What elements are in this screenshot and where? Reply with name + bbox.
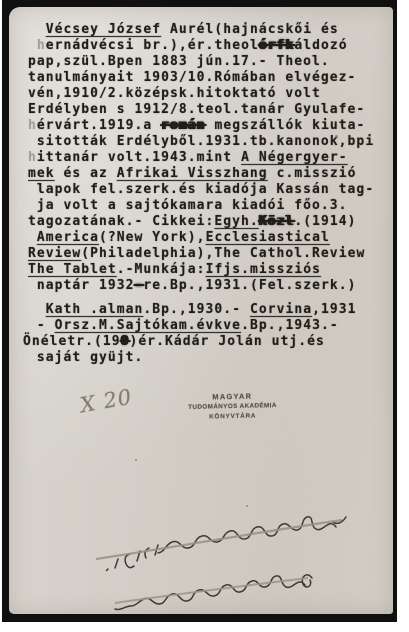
paper-speck [135,459,137,461]
typed-line: Erdélyben s 1912/8.teol.tanár Gyulafe- [28,102,396,118]
paper-speck [246,505,248,507]
typed-line: hittanár volt.1943.mint A Négergyer- [28,150,396,166]
library-stamp: MAGYAR TUDOMÁNYOS AKADÉMIA KÖNYVTÁRA [170,391,296,423]
typed-line: pap,szül.Bpen 1883 jún.17.- Theol. [28,54,396,70]
typed-line: Review(Philadelphia),The Cathol.Review [28,246,396,262]
typed-line: mek és az Afrikai Visszhang c.misszió [28,166,396,182]
typed-line: hernádvécsi br.),ér.theolórfkáldozó [28,38,396,54]
typed-line: lapok fel.szerk.és kiadója Kassán tag- [28,182,396,198]
typed-line: Önéletr.(190)ér.Kádár Jolán utj.és [23,334,396,350]
typed-line: saját gyüjt. [28,350,396,366]
typed-line: America(?New York),Ecclesiastical [28,230,396,246]
typed-line: hérvárt.1919.a román megszállók kiuta- [28,118,396,134]
typed-line: sitották Erdélyből.1931.tb.kanonok,bpi [28,134,396,150]
typed-line: Vécsey József Aurél(hajnácskői és [28,22,396,38]
typed-line: tagozatának.- Cikkei:Egyh.Közl.(1914) [28,214,396,230]
typed-text: Vécsey József Aurél(hajnácskői és hernád… [28,22,396,366]
typed-line: The Tablet.-Munkája:Ifjs.missziós [28,262,396,278]
typed-line: naptár 1932-re.Bp.,1931.(Fel.szerk.) [28,278,396,294]
typed-line: ja volt a sajtókamara kiadói főo.3. [28,198,396,214]
typed-line: - Orsz.M.Sajtókam.évkve.Bp.,1943.- [28,318,396,334]
typed-line: Kath .alman.Bp.,1930.- Corvina,1931 [28,302,396,318]
typed-line: vén,1910/2.középsk.hitoktató volt [28,86,396,102]
typed-line: tanulmányait 1903/10.Rómában elvégez- [28,70,396,86]
